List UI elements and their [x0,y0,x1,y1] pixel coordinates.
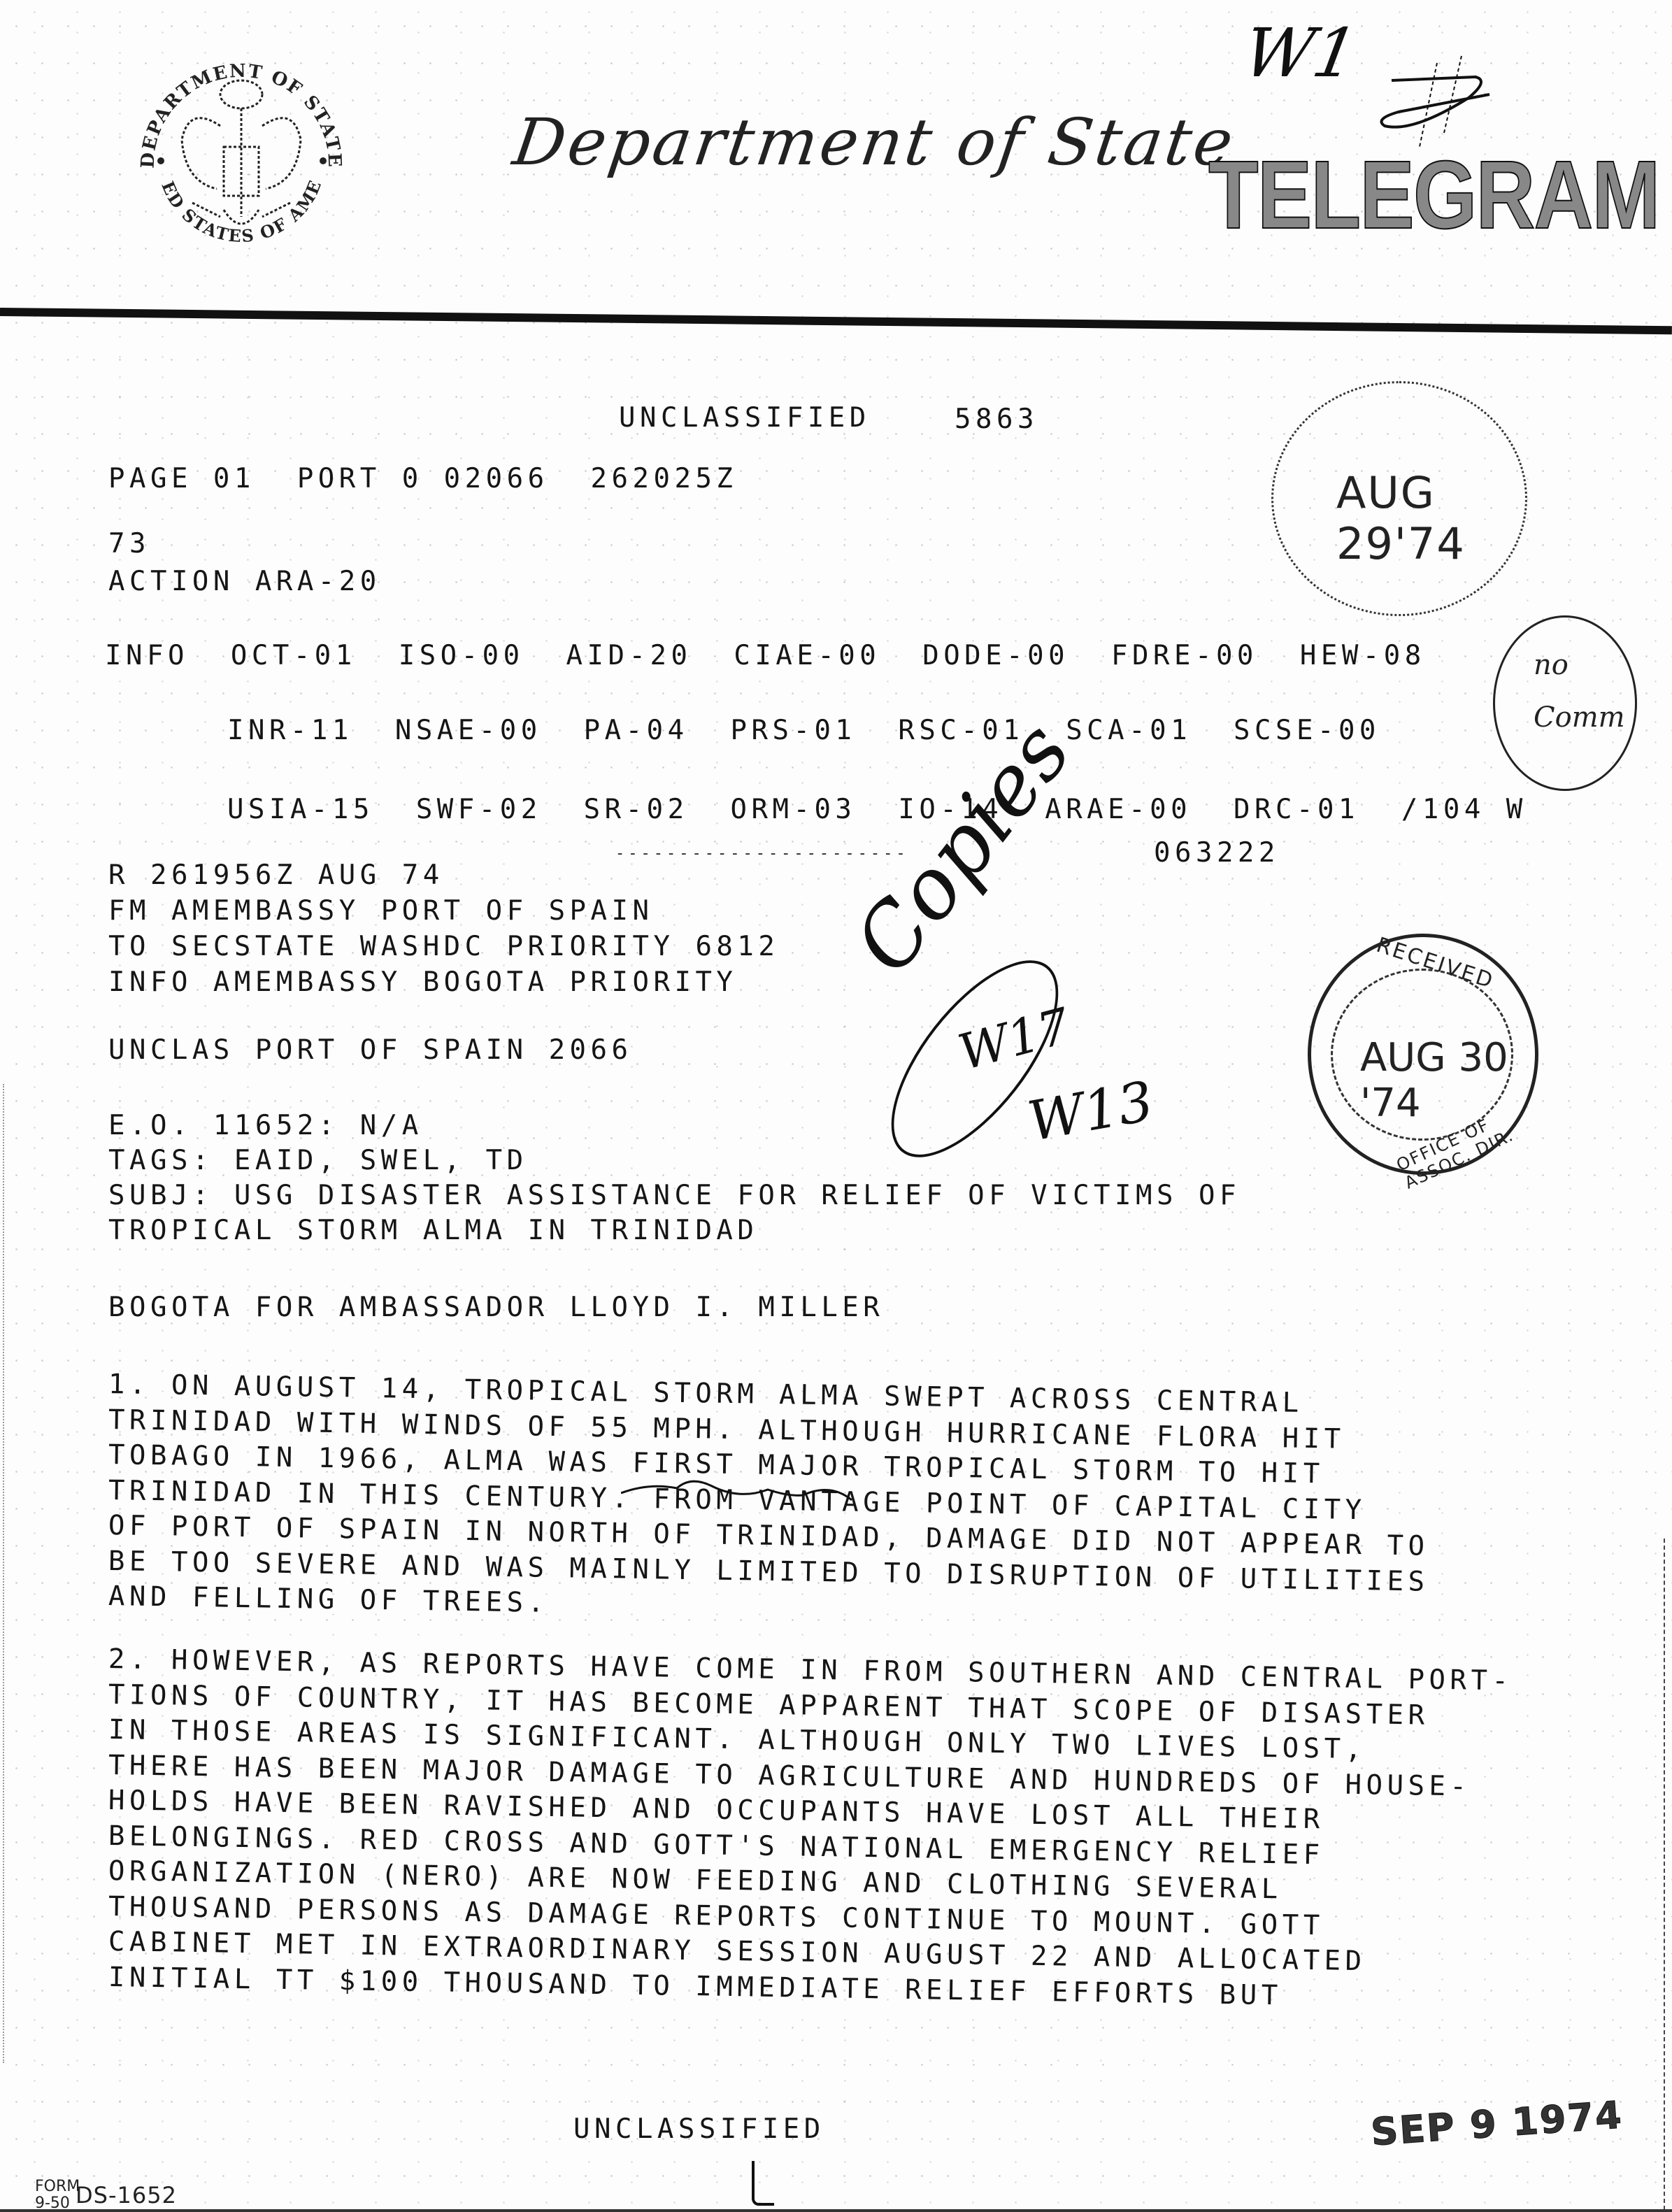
received-stamp-2: RECEIVED AUG 30 '74 OFFICE OF ASSOC. DIR… [1308,934,1538,1175]
message-info: INFO AMEMBASSY BOGOTA PRIORITY [108,969,737,996]
eo-line: E.O. 11652: N/A [108,1112,423,1139]
info-row-3: USIA-15 SWF-02 SR-02 ORM-03 IO-14 ARAE-0… [227,796,1527,823]
handwritten-circle-note: no Comm [1493,615,1637,791]
message-from: FM AMEMBASSY PORT OF SPAIN [108,897,653,925]
right-edge-artifact [1664,1539,1669,2210]
handwritten-corner-mark [752,2161,774,2206]
addressee-line: BOGOTA FOR AMBASSADOR LLOYD I. MILLER [108,1294,884,1321]
tags-line: TAGS: EAID, SWEL, TD [108,1147,528,1174]
classification-top: UNCLASSIFIED [619,404,871,431]
info-row-2: INR-11 NSAE-00 PA-04 PRS-01 RSC-01 SCA-0… [227,717,1380,744]
handwritten-scribble-icon [1371,28,1496,147]
copies-w13: W13 [1024,1070,1158,1154]
masthead-title: Department of State [508,105,1240,180]
form-number: DS-1652 [76,2182,177,2209]
document-type-title: TELEGRAM [1208,140,1659,251]
dash-separator: ----------------------- [615,845,909,862]
received-stamp-1-date: AUG 29'74 [1336,467,1525,569]
classification-bottom: UNCLASSIFIED [573,2115,825,2143]
line-73: 73 [108,530,150,557]
date-stamp-bottom: SEP 9 1974 [1369,2092,1624,2154]
handwritten-underline-icon [621,1476,915,1504]
header-divider [0,308,1672,334]
bottom-edge [0,2209,1672,2212]
subject-line-1: SUBJ: USG DISASTER ASSISTANCE FOR RELIEF… [108,1182,1241,1209]
info-row-1: INFO OCT-01 ISO-00 AID-20 CIAE-00 DODE-0… [105,642,1426,669]
circle-note-line-1: no [1534,649,1569,681]
form-label: FORM 9-50 [35,2178,80,2212]
body-line: AND FELLING OF TREES. [108,1583,549,1617]
circle-note-line-2: Comm [1534,701,1625,734]
telegram-page: DEPARTMENT OF STATE UNITED STATES OF AME… [0,0,1672,2212]
action-line: ACTION ARA-20 [108,568,381,595]
serial-number: 5863 [955,406,1038,433]
left-edge-artifact [3,1084,7,2063]
department-of-state-seal-icon: DEPARTMENT OF STATE UNITED STATES OF AME… [126,42,357,273]
page-line: PAGE 01 PORT 0 02066 262025Z [108,465,737,492]
control-number: 063222 [1154,839,1280,866]
message-unclas: UNCLAS PORT OF SPAIN 2066 [108,1036,633,1064]
message-datetime: R 261956Z AUG 74 [108,862,444,889]
handwritten-copies-note: Copies W17 W13 [874,892,1140,1157]
handwritten-initials: W1 [1238,14,1363,92]
message-to: TO SECSTATE WASHDC PRIORITY 6812 [108,933,779,960]
subject-line-2: TROPICAL STORM ALMA IN TRINIDAD [108,1217,758,1244]
received-stamp-1: AUG 29'74 [1271,381,1527,616]
